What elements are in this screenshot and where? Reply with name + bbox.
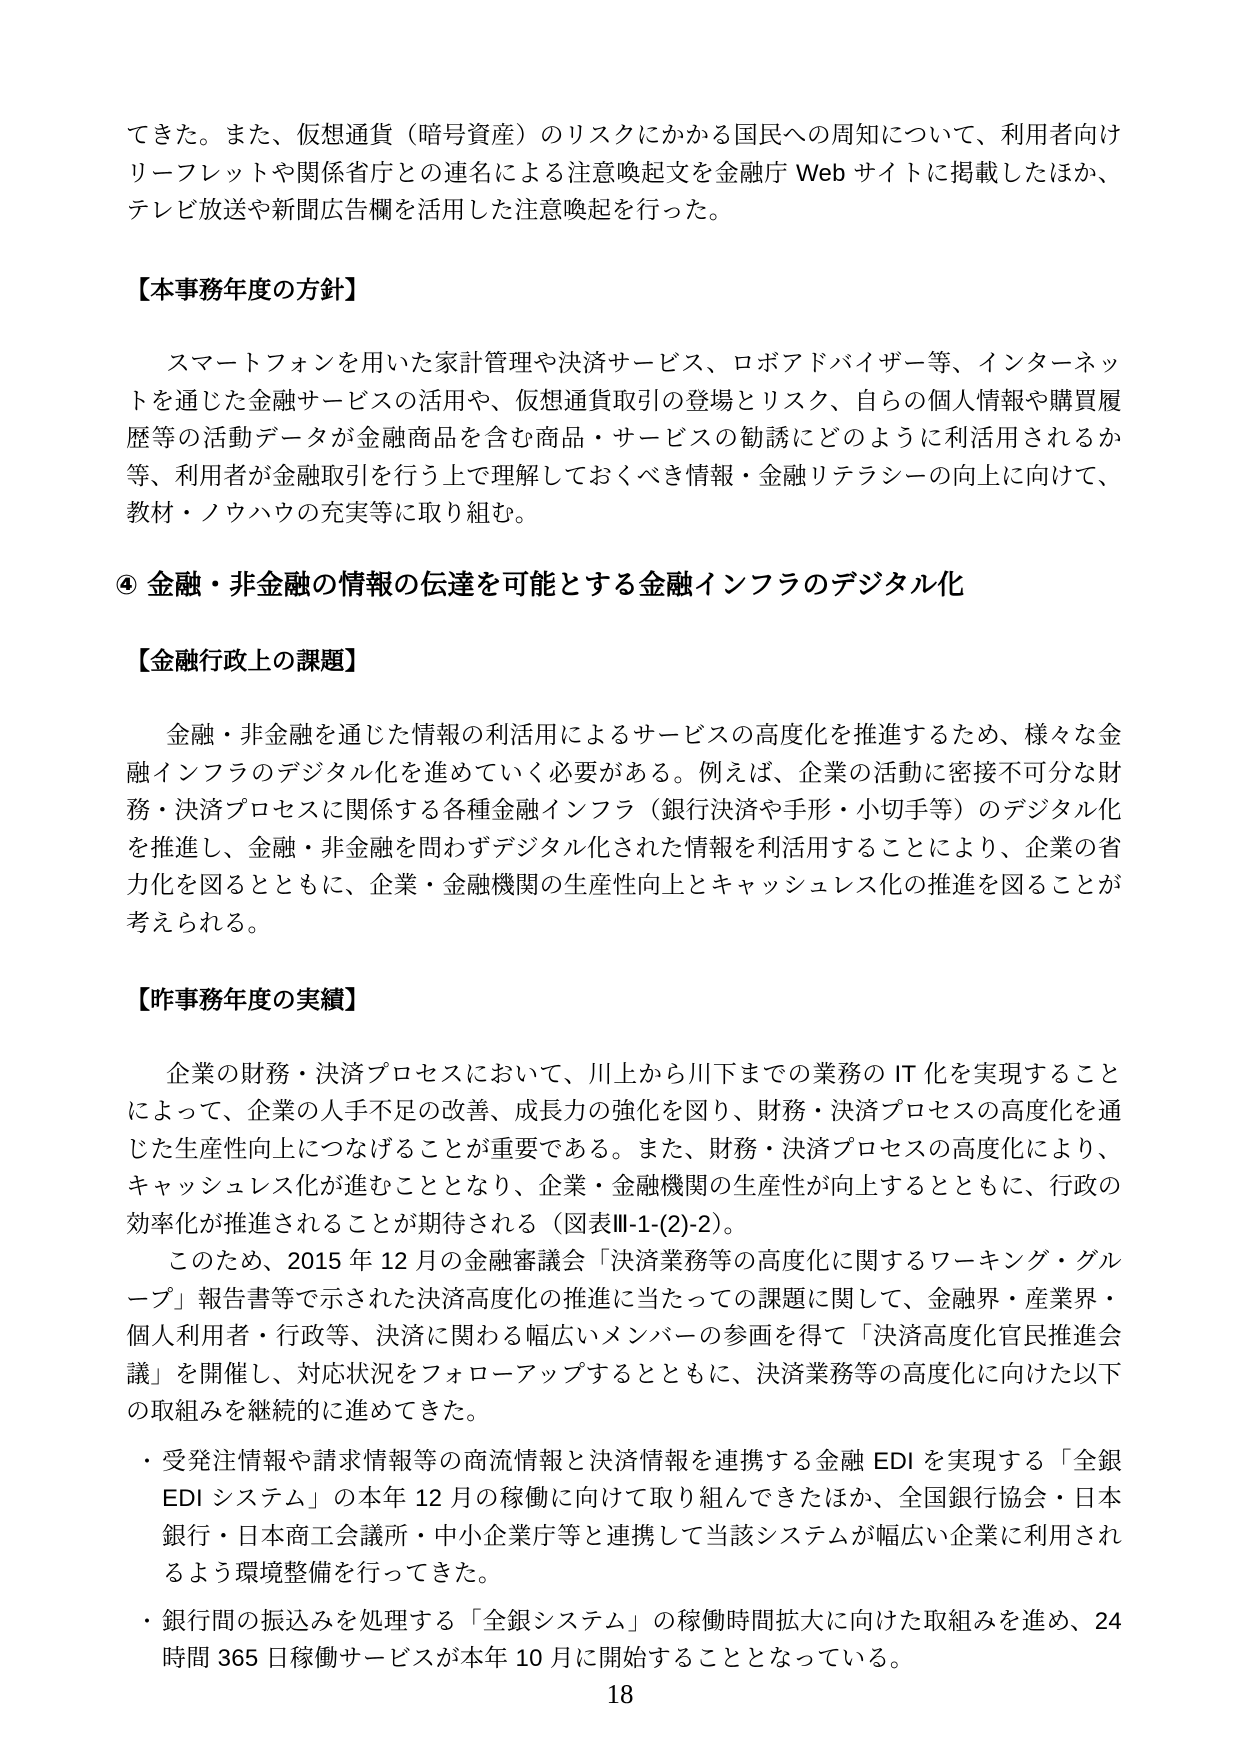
bullet-list: ・ 受発注情報や請求情報等の商流情報と決済情報を連携する金融 EDI を実現する… bbox=[126, 1443, 1122, 1678]
bullet-dot-icon: ・ bbox=[136, 1443, 158, 1481]
paragraph-results-2: このため、2015 年 12 月の金融審議会「決済業務等の高度化に関するワーキン… bbox=[126, 1243, 1122, 1431]
section-4-number: ④ bbox=[115, 565, 138, 605]
bullet-dot-icon: ・ bbox=[136, 1603, 158, 1641]
list-item-zengin-system: ・ 銀行間の振込みを処理する「全銀システム」の稼働時間拡大に向けた取組みを進め、… bbox=[126, 1603, 1122, 1678]
document-page: てきた。また、仮想通貨（暗号資産）のリスクにかかる国民への周知について、利用者向… bbox=[0, 0, 1240, 1755]
paragraph-issues: 金融・非金融を通じた情報の利活用によるサービスの高度化を推進するため、様々な金融… bbox=[126, 717, 1122, 942]
paragraph-crypto-awareness-continuation: てきた。また、仮想通貨（暗号資産）のリスクにかかる国民への周知について、利用者向… bbox=[126, 117, 1122, 230]
heading-previous-year-results: 【昨事務年度の実績】 bbox=[126, 982, 1122, 1020]
paragraph-policy: スマートフォンを用いた家計管理や決済サービス、ロボアドバイザー等、インターネット… bbox=[126, 345, 1122, 533]
section-4-title: 金融・非金融の情報の伝達を可能とする金融インフラのデジタル化 bbox=[147, 565, 1122, 605]
list-item-text: 銀行間の振込みを処理する「全銀システム」の稼働時間拡大に向けた取組みを進め、24… bbox=[162, 1608, 1122, 1673]
section-4-heading: ④ 金融・非金融の情報の伝達を可能とする金融インフラのデジタル化 bbox=[115, 565, 1122, 605]
list-item-zengin-edi: ・ 受発注情報や請求情報等の商流情報と決済情報を連携する金融 EDI を実現する… bbox=[126, 1443, 1122, 1593]
paragraph-results-1: 企業の財務・決済プロセスにおいて、川上から川下までの業務の IT 化を実現するこ… bbox=[126, 1056, 1122, 1244]
page-content: てきた。また、仮想通貨（暗号資産）のリスクにかかる国民への周知について、利用者向… bbox=[126, 0, 1122, 1678]
heading-current-year-policy: 【本事務年度の方針】 bbox=[126, 272, 1122, 310]
heading-administrative-issues: 【金融行政上の課題】 bbox=[126, 643, 1122, 681]
list-item-text: 受発注情報や請求情報等の商流情報と決済情報を連携する金融 EDI を実現する「全… bbox=[162, 1448, 1122, 1588]
page-number: 18 bbox=[0, 1678, 1240, 1710]
